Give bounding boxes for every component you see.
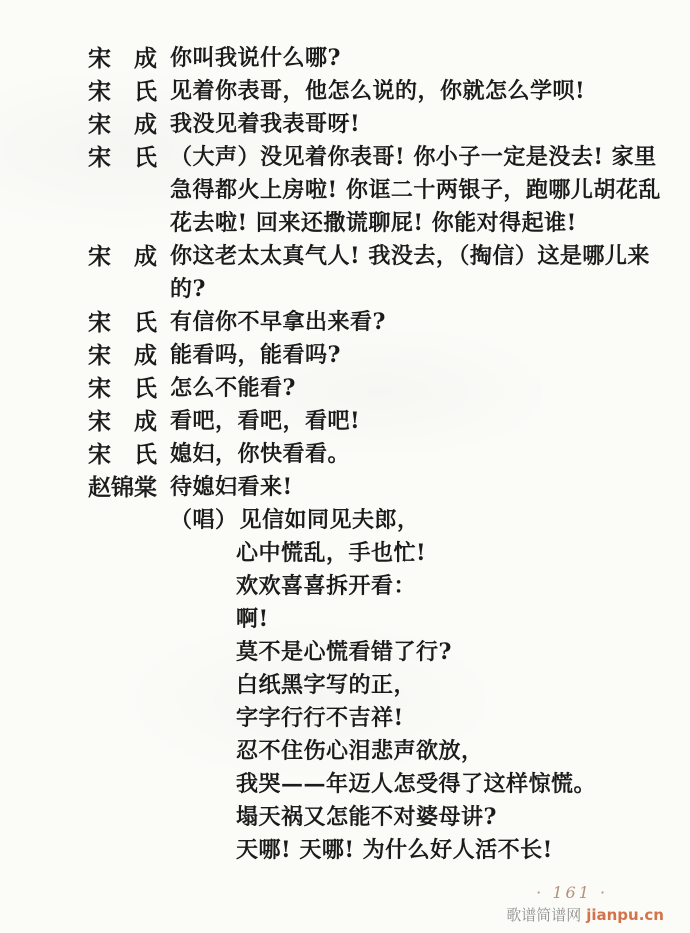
dialogue-text: 怎么不能看? [170, 372, 296, 405]
aria-line: 心中慌乱，手也忙! [170, 537, 690, 570]
speaker-name: 宋 成 [88, 339, 170, 372]
aria-line: 忍不住伤心泪悲声欲放， [170, 735, 690, 768]
dialogue-line: 见着你表哥，他怎么说的，你就怎么学呗! [170, 75, 585, 108]
speaker-name: 宋 氏 [88, 438, 170, 471]
dialogue-line: 待媳妇看来! [170, 471, 293, 504]
aria-line-text: 见信如同见夫郎， [240, 507, 420, 533]
script-body: 宋 成你叫我说什么哪?宋 氏见着你表哥，他怎么说的，你就怎么学呗!宋 成我没见着… [0, 0, 690, 867]
aria-line: 塌天祸又怎能不对婆母讲? [170, 801, 690, 834]
dialogue-text: 待媳妇看来! [170, 471, 293, 504]
dialogue-text: 看吧，看吧，看吧! [170, 405, 360, 438]
dialogue-line: 你叫我说什么哪? [170, 42, 341, 75]
aria-line: 天哪! 天哪! 为什么好人活不长! [170, 834, 690, 867]
aria-first-line: （唱）见信如同见夫郎， [170, 504, 690, 537]
dialogue-row: 宋 成能看吗，能看吗? [0, 339, 690, 372]
dialogue-row: 宋 成你这老太太真气人! 我没去，（掏信）这是哪儿来的? [0, 240, 690, 306]
dialogue-text: （大声）没见着你表哥! 你小子一定是没去! 家里急得都火上房啦! 你诓二十两银子… [170, 141, 661, 240]
dialogue-row: 宋 氏怎么不能看? [0, 372, 690, 405]
dialogue-line: 能看吗，能看吗? [170, 339, 341, 372]
aria-line: 欢欢喜喜拆开看： [170, 570, 690, 603]
dialogue-line: 我没见着我表哥呀! [170, 108, 360, 141]
dialogue-line: （大声）没见着你表哥! 你小子一定是没去! 家里 [170, 141, 661, 174]
dialogue-row: 宋 成你叫我说什么哪? [0, 42, 690, 75]
dialogue-text: 能看吗，能看吗? [170, 339, 341, 372]
dialogue-line: 你这老太太真气人! 我没去，（掏信）这是哪儿来 [170, 240, 650, 273]
speaker-name: 宋 成 [88, 108, 170, 141]
watermark-site-name: 歌谱简谱网 [506, 906, 581, 924]
dialogue-row: 宋 氏有信你不早拿出来看? [0, 306, 690, 339]
dialogue-line: 看吧，看吧，看吧! [170, 405, 360, 438]
dialogue-text: 有信你不早拿出来看? [170, 306, 386, 339]
watermark-url: jianpu.cn [586, 906, 664, 924]
speaker-name: 宋 成 [88, 42, 170, 75]
speaker-name: 宋 氏 [88, 141, 170, 174]
speaker-name: 赵锦棠 [88, 471, 170, 504]
aria-line: 啊! [170, 603, 690, 636]
dialogue-line: 媳妇，你快看看。 [170, 438, 350, 471]
dialogue-text: 见着你表哥，他怎么说的，你就怎么学呗! [170, 75, 585, 108]
dialogue-text: 你叫我说什么哪? [170, 42, 341, 75]
dialogue-line: 有信你不早拿出来看? [170, 306, 386, 339]
speaker-name: 宋 氏 [88, 372, 170, 405]
page-footer: · 161 · 歌谱简谱网jianpu.cn [506, 883, 664, 925]
aria-line: 我哭——年迈人怎受得了这样惊慌。 [170, 768, 690, 801]
dialogue-line: 的? [170, 273, 650, 306]
aria-line: 字字行行不吉祥! [170, 702, 690, 735]
dialogue-line: 急得都火上房啦! 你诓二十两银子，跑哪儿胡花乱 [170, 174, 661, 207]
scanned-script-page: 宋 成你叫我说什么哪?宋 氏见着你表哥，他怎么说的，你就怎么学呗!宋 成我没见着… [0, 0, 690, 933]
dialogue-row: 宋 氏见着你表哥，他怎么说的，你就怎么学呗! [0, 75, 690, 108]
dialogue-line: 花去啦! 回来还撒谎聊屁! 你能对得起谁! [170, 207, 661, 240]
speaker-name: 宋 氏 [88, 306, 170, 339]
dialogue-row: 宋 成看吧，看吧，看吧! [0, 405, 690, 438]
aria-block: （唱）见信如同见夫郎，心中慌乱，手也忙!欢欢喜喜拆开看：啊!莫不是心慌看错了行?… [170, 504, 690, 867]
sing-marker: （唱） [170, 507, 238, 533]
aria-line: 莫不是心慌看错了行? [170, 636, 690, 669]
dialogue-line: 怎么不能看? [170, 372, 296, 405]
dialogue-row: 宋 氏媳妇，你快看看。 [0, 438, 690, 471]
dialogue-text: 你这老太太真气人! 我没去，（掏信）这是哪儿来的? [170, 240, 650, 306]
dialogue-row: 宋 氏（大声）没见着你表哥! 你小子一定是没去! 家里急得都火上房啦! 你诓二十… [0, 141, 690, 240]
aria-line: 白纸黑字写的正， [170, 669, 690, 702]
speaker-name: 宋 成 [88, 405, 170, 438]
speaker-name: 宋 成 [88, 240, 170, 273]
page-number: · 161 · [506, 883, 638, 902]
dialogue-row: 赵锦棠待媳妇看来! [0, 471, 690, 504]
dialogue-row: 宋 成我没见着我表哥呀! [0, 108, 690, 141]
dialogue-text: 媳妇，你快看看。 [170, 438, 350, 471]
watermark: 歌谱简谱网jianpu.cn [506, 904, 664, 925]
speaker-name: 宋 氏 [88, 75, 170, 108]
dialogue-text: 我没见着我表哥呀! [170, 108, 360, 141]
